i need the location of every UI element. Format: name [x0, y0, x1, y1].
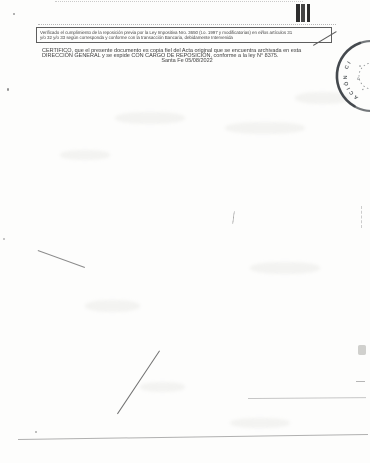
bar-mark: [301, 4, 305, 22]
scan-speck: [35, 431, 37, 433]
small-tick-mark: [232, 211, 235, 224]
stamp-outer-ring: [337, 41, 370, 111]
scan-noise-blob: [140, 382, 185, 392]
scanned-document-page: Verificado el cumplimiento de la reposic…: [0, 0, 370, 463]
faint-horizontal-line: [248, 397, 366, 399]
notice-line-2: y/o 32 y/o 33 según corresponda y confor…: [40, 35, 328, 41]
bar-mark: [307, 4, 311, 22]
notice-box-dotted-line: [38, 24, 336, 25]
bottom-horizontal-line: [18, 434, 368, 440]
scan-noise-blob: [115, 112, 185, 124]
scan-speck: [13, 13, 15, 15]
scan-edge-dotted-line: [55, 1, 303, 2]
pen-stroke-upper-left: [38, 250, 85, 268]
scan-speck: [3, 238, 5, 240]
scan-noise-blob: [225, 122, 305, 134]
scan-noise-blob: [230, 418, 290, 428]
certification-date: Santa Fe 05/08/2022: [42, 59, 332, 64]
edge-vertical-mark: [361, 206, 362, 228]
bar-mark: [296, 4, 300, 22]
scan-speck: [7, 88, 9, 91]
registration-bars: [296, 4, 310, 22]
gray-smudge: [358, 345, 366, 355]
scan-noise-blob: [85, 300, 140, 312]
scan-noise-blob: [60, 150, 110, 160]
tax-verification-notice-box: Verificado el cumplimiento de la reposic…: [36, 27, 332, 43]
short-dash-mark: [356, 381, 365, 382]
circular-stamp: ACIÓN CI + o *: [312, 38, 370, 118]
certification-text-block: CERTIFICO, que el presente documento es …: [42, 49, 358, 65]
stamp-inner-mark: *: [361, 88, 365, 93]
scan-noise-blob: [250, 262, 320, 274]
